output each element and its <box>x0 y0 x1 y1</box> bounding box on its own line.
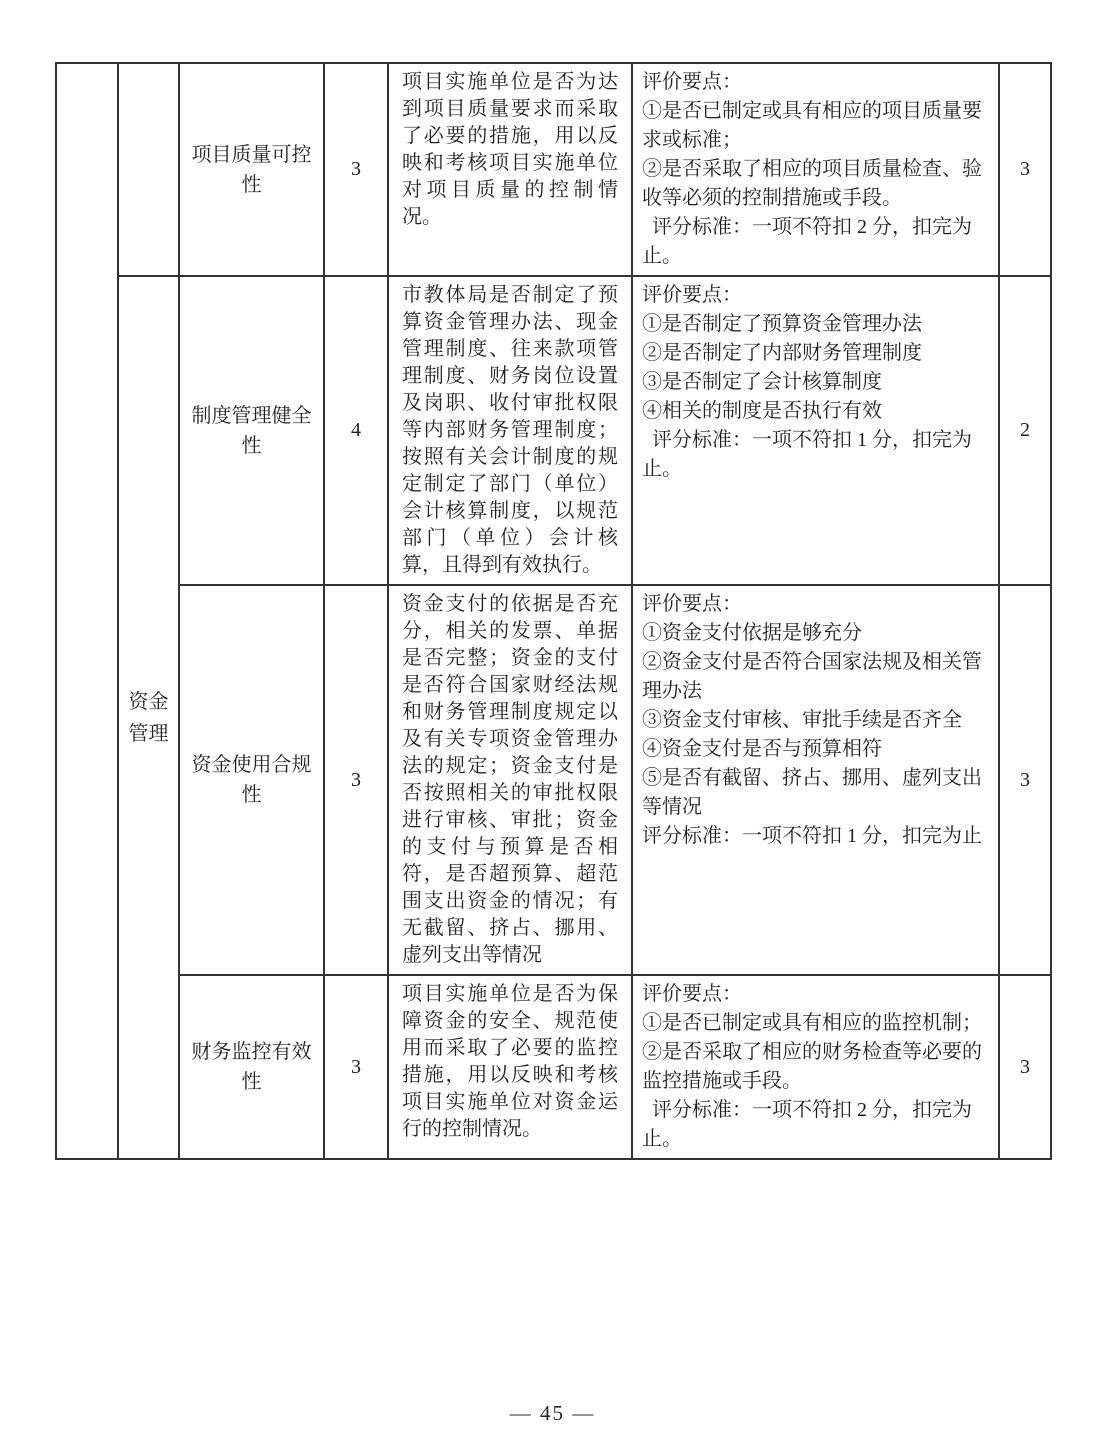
evaluation-points-cell: 评价要点： ①资金支付依据是够充分 ②资金支付是否符合国家法规及相关管理办法 ③… <box>632 585 999 975</box>
evaluation-points-cell: 评价要点： ①是否已制定或具有相应的项目质量要求或标准； ②是否采取了相应的项目… <box>632 63 999 276</box>
weight-cell: 3 <box>324 975 388 1159</box>
description-cell: 项目实施单位是否为保障资金的安全、规范使用而采取了必要的监控措施，用以反映和考核… <box>388 975 632 1159</box>
page-number: — 45 — <box>0 1401 1105 1426</box>
score-cell: 3 <box>999 63 1051 276</box>
description-cell: 市教体局是否制定了预算资金管理办法、现金管理制度、往来款项管理制度、财务岗位设置… <box>388 276 632 585</box>
table-row: 财务监控有效性 3 项目实施单位是否为保障资金的安全、规范使用而采取了必要的监控… <box>56 975 1051 1159</box>
weight-cell: 4 <box>324 276 388 585</box>
category-cell: 资金管理 <box>118 276 179 1159</box>
score-cell: 2 <box>999 276 1051 585</box>
table-row: 资金管理 制度管理健全性 4 市教体局是否制定了预算资金管理办法、现金管理制度、… <box>56 276 1051 585</box>
evaluation-table: 项目质量可控性 3 项目实施单位是否为达到项目质量要求而采取了必要的措施，用以反… <box>55 62 1052 1160</box>
evaluation-points-cell: 评价要点： ①是否已制定或具有相应的监控机制； ②是否采取了相应的财务检查等必要… <box>632 975 999 1159</box>
score-cell: 3 <box>999 585 1051 975</box>
indicator-cell: 制度管理健全性 <box>179 276 324 585</box>
category-cell-continued <box>118 63 179 276</box>
weight-cell: 3 <box>324 63 388 276</box>
weight-cell: 3 <box>324 585 388 975</box>
indicator-cell: 项目质量可控性 <box>179 63 324 276</box>
evaluation-points-cell: 评价要点： ①是否制定了预算资金管理办法 ②是否制定了内部财务管理制度 ③是否制… <box>632 276 999 585</box>
table-row: 项目质量可控性 3 项目实施单位是否为达到项目质量要求而采取了必要的措施，用以反… <box>56 63 1051 276</box>
description-cell: 项目实施单位是否为达到项目质量要求而采取了必要的措施，用以反映和考核项目实施单位… <box>388 63 632 276</box>
indicator-cell: 财务监控有效性 <box>179 975 324 1159</box>
left-margin-spanning-cell <box>56 63 118 1159</box>
description-cell: 资金支付的依据是否充分，相关的发票、单据是否完整；资金的支付是否符合国家财经法规… <box>388 585 632 975</box>
score-cell: 3 <box>999 975 1051 1159</box>
indicator-cell: 资金使用合规性 <box>179 585 324 975</box>
table-row: 资金使用合规性 3 资金支付的依据是否充分，相关的发票、单据是否完整；资金的支付… <box>56 585 1051 975</box>
